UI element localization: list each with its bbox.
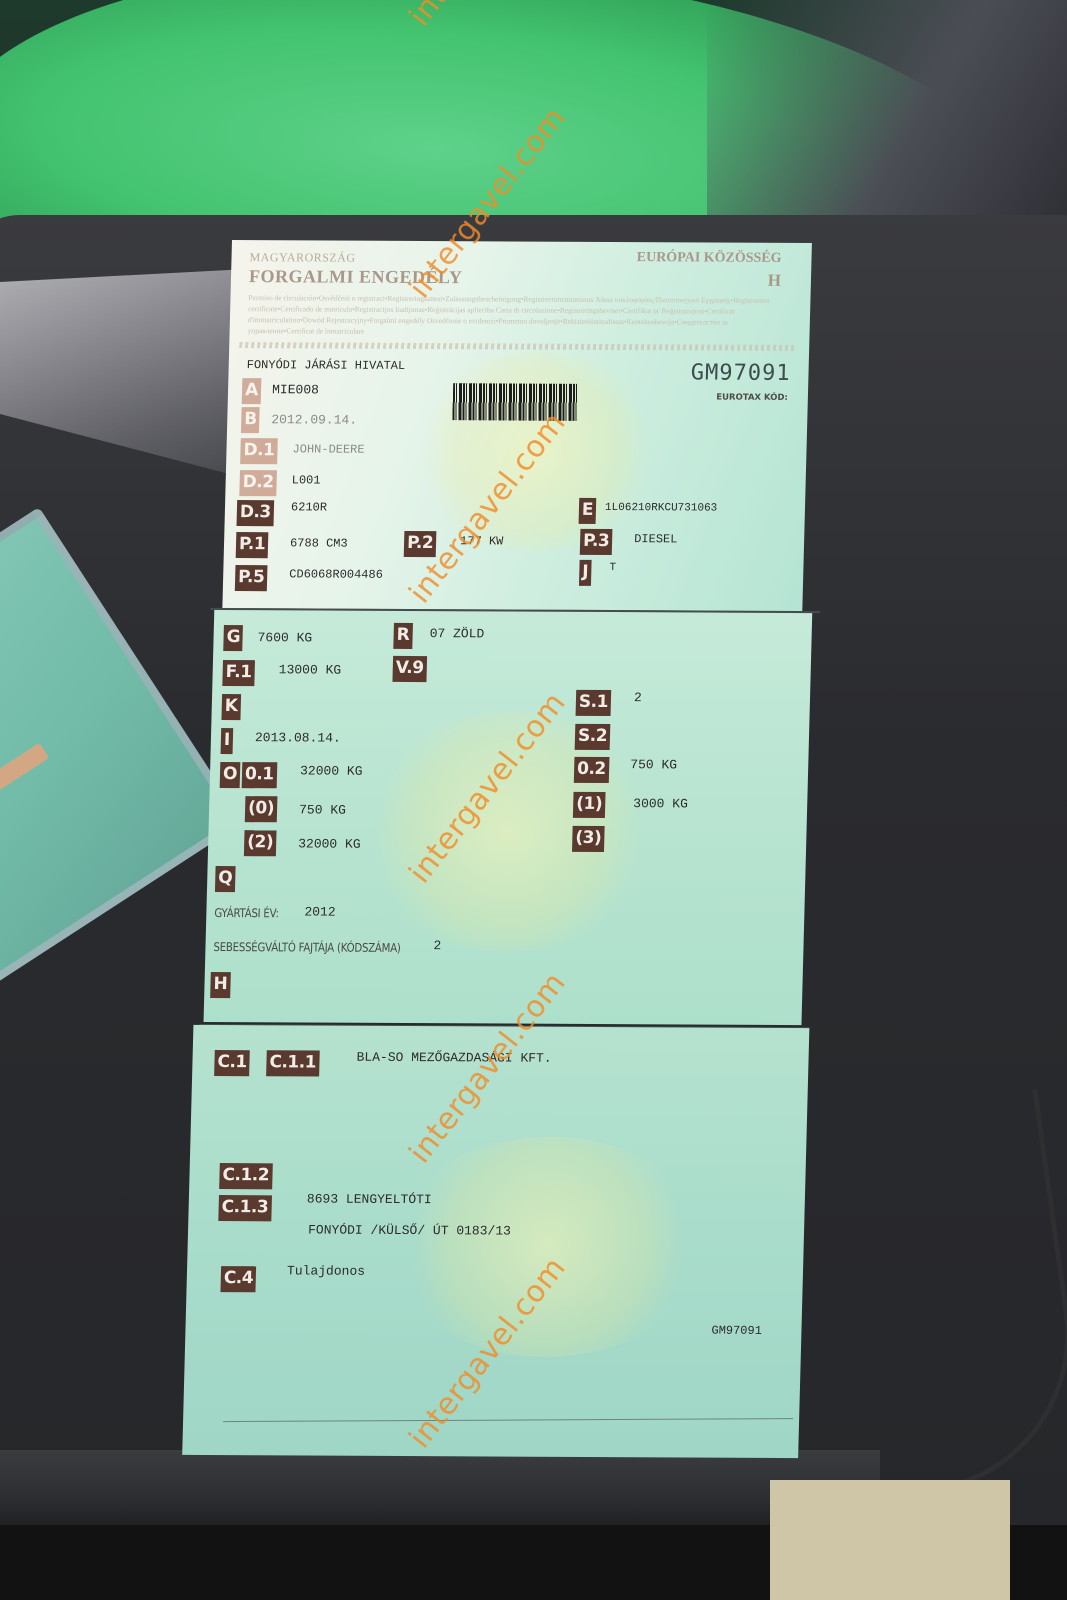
code-paren-2: (2) [244,830,277,856]
security-rosette [385,1136,711,1358]
code-c1: C.1 [214,1050,250,1076]
code-c12: C.1.2 [219,1163,272,1189]
code-f1: F.1 [222,660,255,686]
dashboard-lip [0,1450,880,1530]
serial-number: GM97091 [690,360,790,386]
code-p3: P.3 [580,529,613,555]
code-paren-3: (3) [572,826,605,852]
bottom-rule [223,1418,793,1422]
code-d3: D.3 [237,500,275,526]
manufacture-year-value: 2012 [304,904,336,919]
code-a: A [242,378,261,404]
issuer: FONYÓDI JÁRÁSI HIVATAL [247,358,406,373]
code-e: E [579,498,597,524]
value-g: 7600 KG [257,630,312,645]
code-b: B [241,407,260,433]
value-c4: Tulajdonos [287,1263,365,1278]
code-r: R [393,623,412,649]
code-j: J [579,560,592,586]
header-country-code: H [767,271,781,291]
eurotax-label: EUROTAX KÓD: [716,393,788,403]
certificate-panel-top: MAGYARORSZÁG FORGALMI ENGEDÉLY EURÓPAI K… [222,240,812,611]
header-multilingual-titles: Permiso de circulación•Osvědčení o regis… [247,292,788,339]
code-o2: 0.2 [574,757,609,783]
value-s1: 2 [634,690,642,705]
value-paren-1: 3000 KG [633,796,688,811]
value-a: MIE008 [272,382,319,397]
code-paren-1: (1) [573,792,606,818]
value-c13-line2: FONYÓDI /KÜLSŐ/ ÚT 0183/13 [308,1223,511,1239]
value-f1: 13000 KG [279,662,342,677]
value-e: 1L06210RKCU731063 [605,502,718,515]
code-p5: P.5 [235,565,268,591]
code-paren-0: (0) [245,796,278,822]
value-i: 2013.08.14. [255,730,341,745]
registration-certificate: MAGYARORSZÁG FORGALMI ENGEDÉLY EURÓPAI K… [200,240,812,1453]
guilloche-border [239,342,794,351]
header-country: MAGYARORSZÁG [249,250,355,266]
code-s1: S.1 [576,690,612,716]
barcode [452,383,578,421]
manufacture-year-label: GYÁRTÁSI ÉV: [214,906,279,920]
code-o: O [220,762,241,788]
code-h: H [210,972,230,998]
code-c4: C.4 [220,1266,256,1292]
code-o1: 0.1 [242,762,277,788]
code-d1: D.1 [240,438,278,464]
code-k: K [221,694,240,720]
code-q: Q [215,866,236,892]
certificate-panel-middle: G 7600 KG R 07 ZÖLD F.1 13000 KG V.9 K S… [204,610,813,1025]
code-i: I [221,728,234,754]
value-o2: 750 KG [630,757,677,772]
code-d2: D.2 [239,470,277,496]
value-j: T [609,562,616,574]
code-c13: C.1.3 [218,1195,271,1221]
gearbox-value: 2 [433,938,441,953]
value-paren-2: 32000 KG [298,836,361,851]
code-g: G [223,625,243,651]
value-c13-line1: 8693 LENGYELTÓTI [307,1192,432,1208]
value-o1: 32000 KG [300,763,363,778]
floor-light [770,1480,1010,1600]
code-c11: C.1.1 [266,1050,319,1076]
value-p3: DIESEL [634,532,678,546]
value-c11: BLA-SO MEZŐGAZDASÁGI KFT. [356,1050,551,1066]
gearbox-label: SEBESSÉGVÁLTÓ FAJTÁJA (KÓDSZÁMA) [213,940,401,955]
code-v9: V.9 [392,656,426,682]
value-b: 2012.09.14. [271,412,357,427]
value-d1: JOHN-DEERE [292,442,364,456]
header-union: EURÓPAI KÖZÖSSÉG [636,250,781,267]
code-s2: S.2 [575,724,611,750]
certificate-panel-bottom: C.1 C.1.1 BLA-SO MEZŐGAZDASÁGI KFT. C.1.… [182,1025,809,1458]
code-p1: P.1 [236,532,269,558]
footer-serial: GM97091 [711,1324,762,1338]
value-p1: 6788 CM3 [290,536,348,550]
value-r: 07 ZÖLD [430,626,485,641]
value-paren-0: 750 KG [299,802,346,817]
value-d2: L001 [292,473,321,487]
value-d3: 6210R [291,500,327,514]
value-p5: CD6068R004486 [289,567,383,581]
